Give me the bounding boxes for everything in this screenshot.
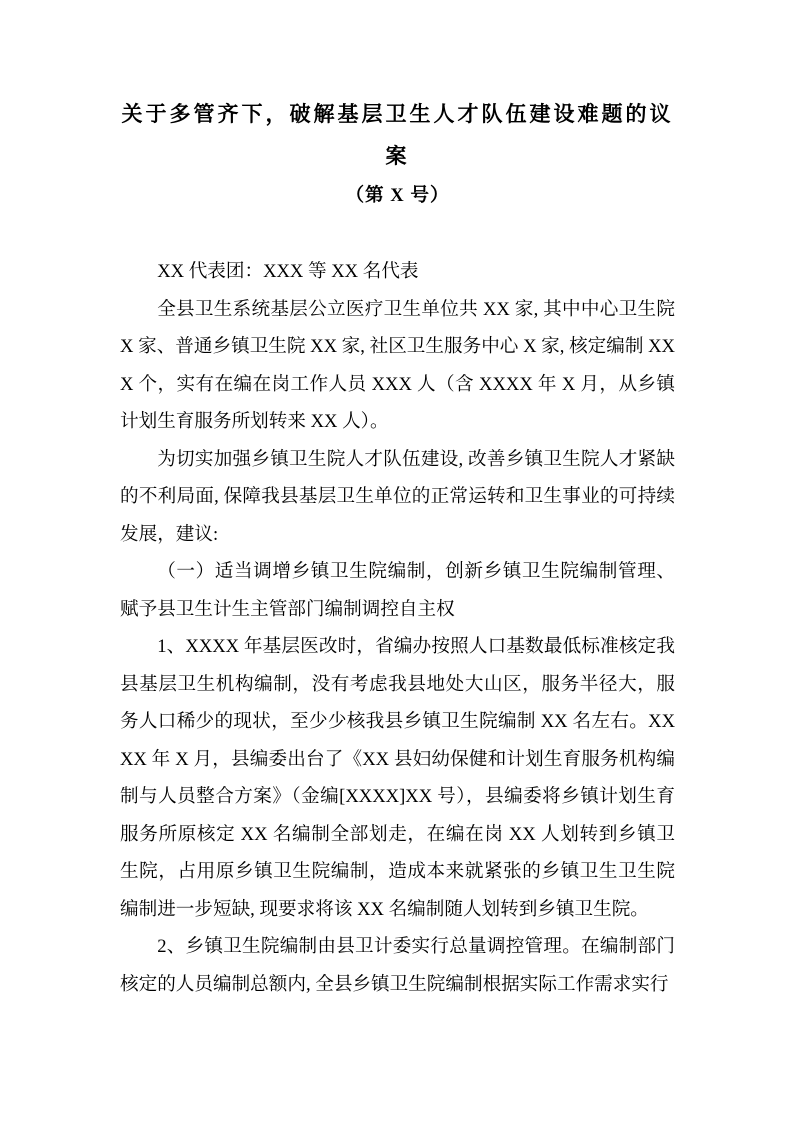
document-body: XX 代表团：XXX 等 XX 名代表 全县卫生系统基层公立医疗卫生单位共 XX… bbox=[120, 253, 675, 1003]
paragraph-item-1: 1、XXXX 年基层医改时，省编办按照人口基数最低标准核定我县基层卫生机构编制，… bbox=[120, 628, 675, 928]
document-title: 关于多管齐下，破解基层卫生人才队伍建设难题的议案 bbox=[120, 93, 675, 177]
document-number: （第 X 号） bbox=[120, 177, 675, 215]
salutation-line: XX 代表团：XXX 等 XX 名代表 bbox=[120, 253, 675, 291]
paragraph-item-2: 2、乡镇卫生院编制由县卫计委实行总量调控管理。在编制部门核定的人员编制总额内, … bbox=[120, 928, 675, 1003]
section-heading-one: （一）适当调增乡镇卫生院编制，创新乡镇卫生院编制管理、赋予县卫生计生主管部门编制… bbox=[120, 553, 675, 628]
paragraph-proposal-intro: 为切实加强乡镇卫生院人才队伍建设, 改善乡镇卫生院人才紧缺的不利局面, 保障我县… bbox=[120, 441, 675, 554]
document-page: 关于多管齐下，破解基层卫生人才队伍建设难题的议案 （第 X 号） XX 代表团：… bbox=[0, 0, 793, 1122]
paragraph-overview: 全县卫生系统基层公立医疗卫生单位共 XX 家, 其中中心卫生院 X 家、普通乡镇… bbox=[120, 291, 675, 441]
